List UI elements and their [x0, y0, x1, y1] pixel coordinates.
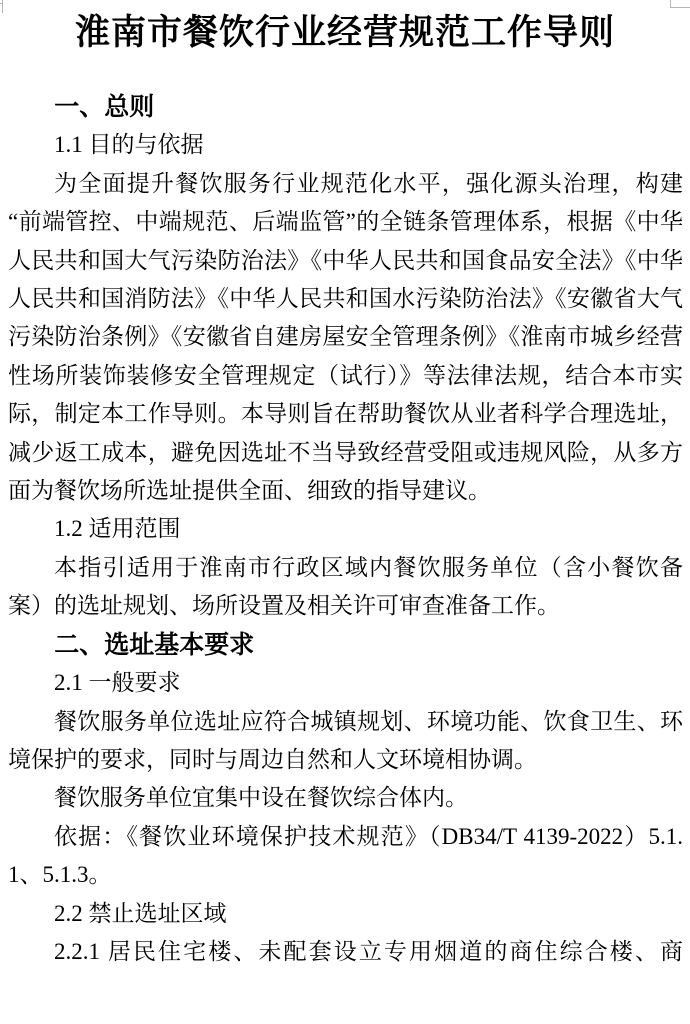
document-title: 淮南市餐饮行业经营规范工作导则 — [0, 0, 690, 57]
subsection-heading-1-2: 1.2 适用范围 — [8, 510, 683, 548]
paragraph-scope: 本指引适用于淮南市行政区域内餐饮服务单位（含小餐饮备案）的选址规划、场所设置及相… — [8, 549, 683, 626]
paragraph-purpose-basis: 为全面提升餐饮服务行业规范化水平，强化源头治理，构建“前端管控、中端规范、后端监… — [8, 165, 683, 511]
paragraph-complex-recommendation: 餐饮服务单位宜集中设在餐饮综合体内。 — [8, 779, 683, 817]
subsection-heading-2-2: 2.2 禁止选址区域 — [8, 895, 683, 933]
paragraph-forbidden-areas-truncated: 2.2.1 居民住宅楼、未配套设立专用烟道的商住综合楼、商 — [8, 933, 683, 971]
document-page: 淮南市餐饮行业经营规范工作导则 一、总则 1.1 目的与依据 为全面提升餐饮服务… — [0, 0, 690, 1024]
subsection-heading-1-1: 1.1 目的与依据 — [8, 126, 683, 164]
section-heading-1: 一、总则 — [8, 88, 683, 126]
section-heading-2: 二、选址基本要求 — [8, 626, 683, 664]
paragraph-basis-standard: 依据：《餐饮业环境保护技术规范》（DB34/T 4139-2022）5.1.1、… — [8, 818, 683, 895]
subsection-heading-2-1: 2.1 一般要求 — [8, 664, 683, 702]
paragraph-general-requirements: 餐饮服务单位选址应符合城镇规划、环境功能、饮食卫生、环境保护的要求，同时与周边自… — [8, 703, 683, 780]
document-body: 一、总则 1.1 目的与依据 为全面提升餐饮服务行业规范化水平，强化源头治理，构… — [0, 88, 690, 971]
